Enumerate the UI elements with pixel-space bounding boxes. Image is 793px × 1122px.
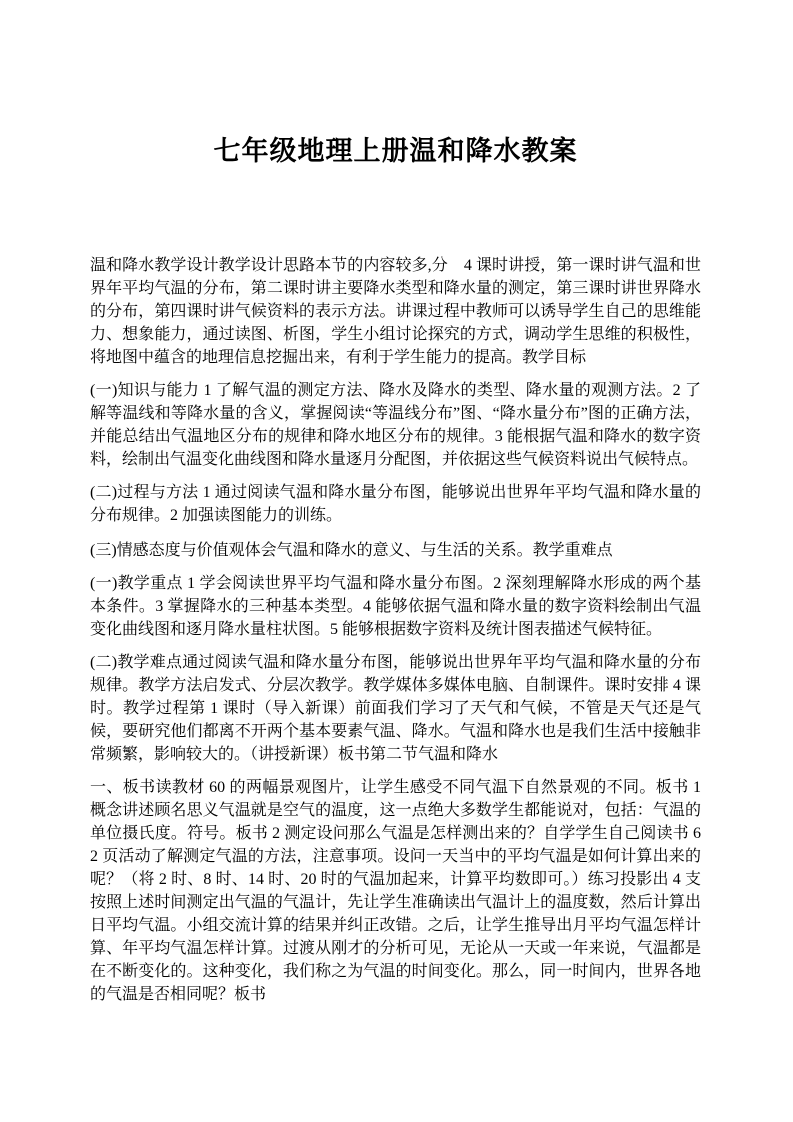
paragraph-lesson-body: 一、板书读教材 60 的两幅景观图片，让学生感受不同气温下自然景观的不同。板书 …: [90, 776, 701, 1006]
paragraph-teaching-difficulty: (二)教学难点通过阅读气温和降水量分布图，能够说出世界年平均气温和降水量的分布规…: [90, 651, 701, 766]
paragraph-knowledge-ability: (一)知识与能力 1 了解气温的测定方法、降水及降水的类型、降水量的观测方法。2…: [90, 379, 701, 471]
document-page: 七年级地理上册温和降水教案 温和降水教学设计教学设计思路本节的内容较多,分 4 …: [0, 0, 793, 1122]
paragraph-teaching-focus: (一)教学重点 1 学会阅读世界平均气温和降水量分布图。2 深刻理解降水形成的两…: [90, 572, 701, 641]
paragraph-emotion-values: (三)情感态度与价值观体会气温和降水的意义、与生活的关系。教学重难点: [90, 539, 701, 562]
paragraph-intro: 温和降水教学设计教学设计思路本节的内容较多,分 4 课时讲授，第一课时讲气温和世…: [90, 254, 701, 369]
document-title: 七年级地理上册温和降水教案: [90, 136, 701, 167]
paragraph-process-method: (二)过程与方法 1 通过阅读气温和降水量分布图，能够说出世界年平均气温和降水量…: [90, 481, 701, 527]
